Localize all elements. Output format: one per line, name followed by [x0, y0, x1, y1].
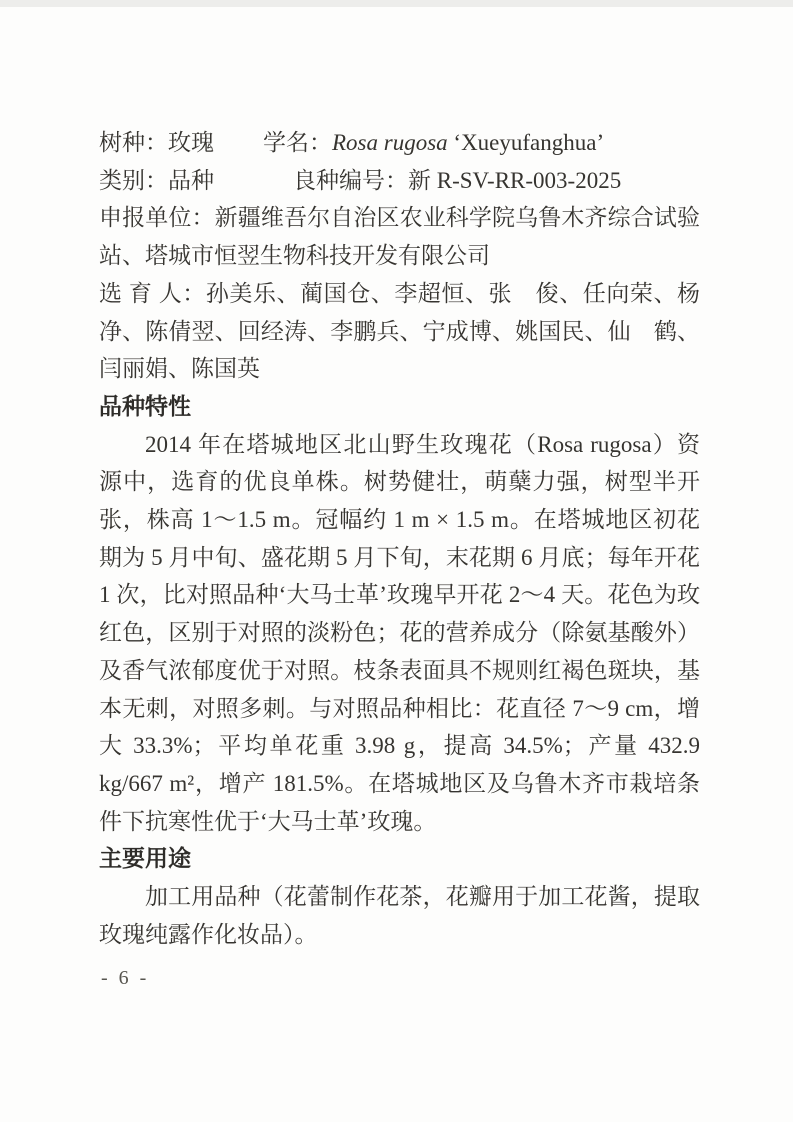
section-heading-main-uses: 主要用途: [99, 840, 700, 878]
main-uses-paragraph: 加工用品种（花蕾制作花茶，花瓣用于加工花酱，提取玫瑰纯露作化妆品）。: [99, 878, 700, 953]
section-heading-variety-traits: 品种特性: [99, 388, 700, 426]
section-main-uses: 主要用途 加工用品种（花蕾制作花茶，花瓣用于加工花酱，提取玫瑰纯露作化妆品）。: [99, 840, 700, 953]
sci-name-latin: Rosa rugosa: [332, 130, 448, 155]
scan-edge-artifact: [0, 0, 793, 7]
sci-name-cultivar: ‘Xueyufanghua’: [448, 130, 604, 155]
field-applicant: 申报单位：新疆维吾尔自治区农业科学院乌鲁木齐综合试验站、塔城市恒翌生物科技开发有…: [99, 199, 700, 274]
field-sci-name: 学名：Rosa rugosa ‘Xueyufanghua’: [263, 124, 700, 162]
document-content: 树种：玫瑰 学名：Rosa rugosa ‘Xueyufanghua’ 类别：品…: [99, 124, 700, 953]
field-species: 树种：玫瑰: [99, 124, 263, 162]
field-row-category-code: 类别：品种 良种编号：新 R-SV-RR-003-2025: [99, 162, 700, 200]
breeders-label: 选 育 人：: [99, 281, 206, 306]
applicant-label: 申报单位：: [99, 205, 215, 230]
field-row-species-sciname: 树种：玫瑰 学名：Rosa rugosa ‘Xueyufanghua’: [99, 124, 700, 162]
section-variety-traits: 品种特性 2014 年在塔城地区北山野生玫瑰花（Rosa rugosa）资源中，…: [99, 388, 700, 840]
category-value: 品种: [168, 168, 214, 193]
code-value: 新 R-SV-RR-003-2025: [408, 168, 621, 193]
category-label: 类别：: [99, 168, 168, 193]
variety-traits-paragraph: 2014 年在塔城地区北山野生玫瑰花（Rosa rugosa）资源中，选育的优良…: [99, 426, 700, 841]
sci-name-label: 学名：: [263, 130, 332, 155]
species-value: 玫瑰: [168, 130, 214, 155]
code-label: 良种编号：: [293, 168, 408, 193]
field-code: 良种编号：新 R-SV-RR-003-2025: [293, 162, 700, 200]
page-number: - 6 -: [101, 964, 149, 992]
species-label: 树种：: [99, 130, 168, 155]
field-category: 类别：品种: [99, 162, 293, 200]
scanned-document-page: 树种：玫瑰 学名：Rosa rugosa ‘Xueyufanghua’ 类别：品…: [0, 0, 793, 1122]
field-breeders: 选 育 人：孙美乐、蔺国仓、李超恒、张 俊、任向荣、杨净、陈倩翌、回经涛、李鹏兵…: [99, 275, 700, 388]
